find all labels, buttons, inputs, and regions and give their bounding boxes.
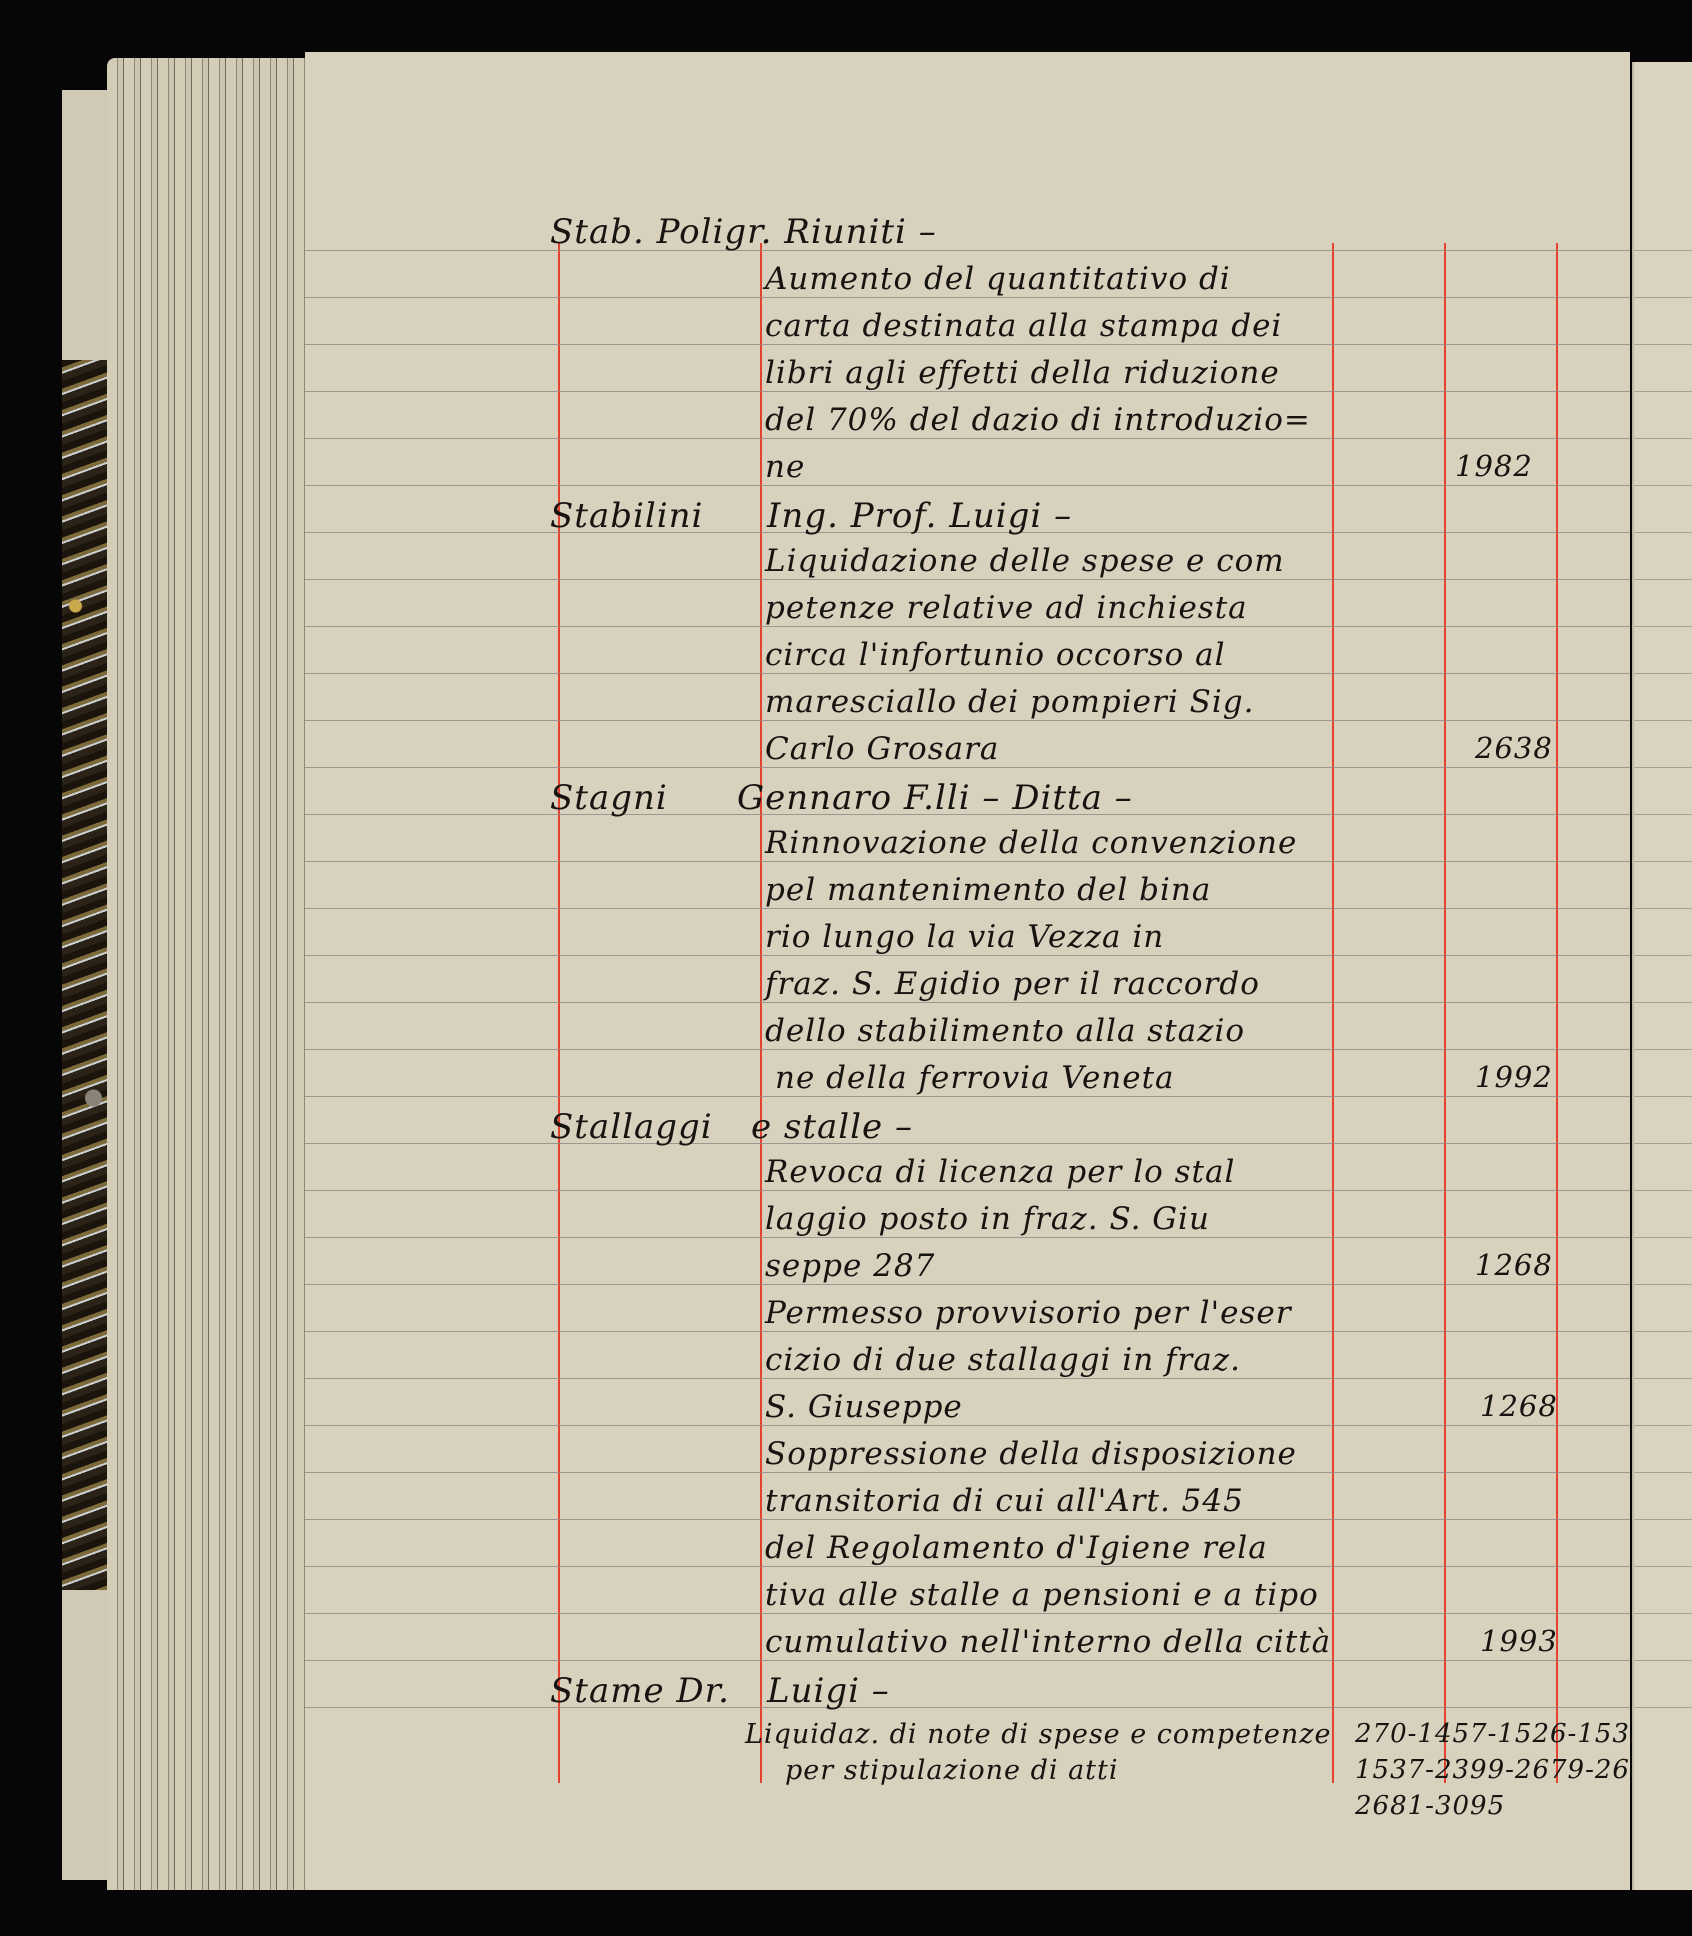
ruled-line (1634, 532, 1692, 533)
ruled-line (305, 720, 1630, 721)
ruled-line (305, 1284, 1630, 1285)
ruled-line (305, 1566, 1630, 1567)
ruled-line (305, 1472, 1630, 1473)
ruled-line (1634, 1002, 1692, 1003)
entry-line: cumulativo nell'interno della città (765, 1627, 1331, 1658)
entry-line: transitoria di cui all'Art. 545 (765, 1486, 1244, 1517)
entry-reference: 2638 (1475, 734, 1553, 763)
ledger-page: Stab. Poligr. Riuniti – Aumento del quan… (305, 52, 1630, 1890)
ruled-line (305, 485, 1630, 486)
entry-heading-rest: Ing. Prof. Luigi – (767, 499, 1072, 533)
entry-line: dello stabilimento alla stazio (765, 1016, 1245, 1047)
ruled-line (1634, 673, 1692, 674)
ruled-line (305, 1707, 1630, 1708)
ruled-line (1634, 1237, 1692, 1238)
red-rule-right (1556, 243, 1558, 1783)
ruled-line (1634, 391, 1692, 392)
entry-heading-rest: Luigi – (767, 1674, 890, 1708)
ruled-line (305, 626, 1630, 627)
entry-heading-rest: Gennaro F.lli – Ditta – (737, 781, 1133, 815)
ruled-line (1634, 1472, 1692, 1473)
ruled-line (1634, 1425, 1692, 1426)
entry-line: pel mantenimento del bina (765, 875, 1211, 906)
ruled-line (305, 1002, 1630, 1003)
entry-line: fraz. S. Egidio per il raccordo (765, 969, 1260, 1000)
entry-heading: Stab. Poligr. Riuniti – (550, 215, 937, 249)
ruled-line (1634, 720, 1692, 721)
ruled-line (305, 1519, 1630, 1520)
entry-heading: Stame Dr. (550, 1674, 730, 1708)
ruled-line (1634, 955, 1692, 956)
entry-line: circa l'infortunio occorso al (765, 640, 1226, 671)
entry-heading-rest: e stalle – (751, 1110, 913, 1144)
red-rule-reference-column (1444, 243, 1446, 1783)
entry-line: Soppressione della disposizione (765, 1439, 1297, 1470)
entry-line: Permesso provvisorio per l'eser (765, 1298, 1292, 1329)
ruled-line (1634, 908, 1692, 909)
entry-heading: Stagni (550, 781, 668, 815)
ruled-line (1634, 1519, 1692, 1520)
ruled-line (305, 297, 1630, 298)
entry-line: ne (765, 452, 805, 483)
entry-heading: Stabilini (550, 499, 703, 533)
entry-line: Rinnovazione della convenzione (765, 828, 1297, 859)
ruled-line (1634, 579, 1692, 580)
entry-reference: 1268 (1475, 1251, 1553, 1280)
entry-line: del Regolamento d'Igiene rela (765, 1533, 1268, 1564)
entry-line: del 70% del dazio di introduzio= (765, 405, 1311, 436)
ruled-line (305, 1237, 1630, 1238)
red-rule-description-column (1332, 243, 1334, 1783)
ruled-line (305, 1331, 1630, 1332)
entry-line: Liquidazione delle spese e com (765, 546, 1285, 577)
ruled-line (1634, 1049, 1692, 1050)
ruled-line (305, 1660, 1630, 1661)
entry-line: Liquidaz. di note di spese e competenze (745, 1721, 1331, 1748)
ruled-line (1634, 344, 1692, 345)
entry-reference: 1982 (1455, 452, 1533, 481)
entry-reference: 1268 (1480, 1392, 1558, 1421)
ruled-line (1634, 767, 1692, 768)
ruled-line (305, 344, 1630, 345)
red-rule-margin (558, 243, 560, 1783)
entry-line: Carlo Grosara (765, 734, 999, 765)
ruled-line (305, 1378, 1630, 1379)
ruled-line (305, 1143, 1630, 1144)
entry-reference: 1537-2399-2679-2680 (1355, 1757, 1665, 1783)
entry-line: rio lungo la via Vezza in (765, 922, 1164, 953)
ruled-line (1634, 1566, 1692, 1567)
ruled-line (1634, 1707, 1692, 1708)
ruled-line (1634, 1378, 1692, 1379)
entry-line: carta destinata alla stampa dei (765, 311, 1282, 342)
ruled-line (305, 1190, 1630, 1191)
entry-line: libri agli effetti della riduzione (765, 358, 1280, 389)
entry-reference: 1992 (1475, 1063, 1553, 1092)
entry-reference: 1993 (1480, 1627, 1558, 1656)
ruled-line (305, 767, 1630, 768)
entry-line: seppe 287 (765, 1251, 935, 1282)
entry-reference: 270-1457-1526-1535 (1355, 1721, 1648, 1747)
ruled-line (1634, 626, 1692, 627)
ruled-line (305, 1425, 1630, 1426)
facing-page-edge (1632, 62, 1692, 1890)
ruled-line (305, 438, 1630, 439)
ruled-line (305, 579, 1630, 580)
ruled-line (305, 908, 1630, 909)
ruled-line (1634, 861, 1692, 862)
ruled-line (305, 391, 1630, 392)
ruled-line (1634, 438, 1692, 439)
entry-line: Aumento del quantitativo di (765, 264, 1231, 295)
red-rule-name-column (760, 243, 762, 1783)
ruled-line (1634, 1096, 1692, 1097)
ruled-line (1634, 297, 1692, 298)
marbled-cover (62, 360, 107, 1590)
entry-line: petenze relative ad inchiesta (765, 593, 1248, 624)
entry-line: cizio di due stallaggi in fraz. (765, 1345, 1241, 1376)
ruled-line (1634, 1284, 1692, 1285)
ruled-line (305, 861, 1630, 862)
ruled-line (305, 250, 1630, 251)
ruled-line (1634, 485, 1692, 486)
entry-line: laggio posto in fraz. S. Giu (765, 1204, 1210, 1235)
entry-line: ne della ferrovia Veneta (775, 1063, 1175, 1094)
ruled-line (1634, 250, 1692, 251)
entry-heading: Stallaggi (550, 1110, 713, 1144)
ruled-line (1634, 814, 1692, 815)
entry-line: Revoca di licenza per lo stal (765, 1157, 1235, 1188)
entry-reference: 2681-3095 (1355, 1793, 1505, 1819)
ruled-line (305, 1096, 1630, 1097)
ruled-line (1634, 1613, 1692, 1614)
ruled-line (1634, 1660, 1692, 1661)
entry-line: per stipulazione di atti (785, 1757, 1119, 1784)
ruled-line (305, 955, 1630, 956)
entry-line: S. Giuseppe (765, 1392, 963, 1423)
page-stack (107, 58, 312, 1890)
entry-line: tiva alle stalle a pensioni e a tipo (765, 1580, 1319, 1611)
ruled-line (1634, 1190, 1692, 1191)
ruled-line (305, 673, 1630, 674)
ruled-line (305, 1613, 1630, 1614)
ruled-line (1634, 1143, 1692, 1144)
ruled-line (1634, 1331, 1692, 1332)
entry-line: maresciallo dei pompieri Sig. (765, 687, 1254, 718)
ruled-line (305, 1049, 1630, 1050)
